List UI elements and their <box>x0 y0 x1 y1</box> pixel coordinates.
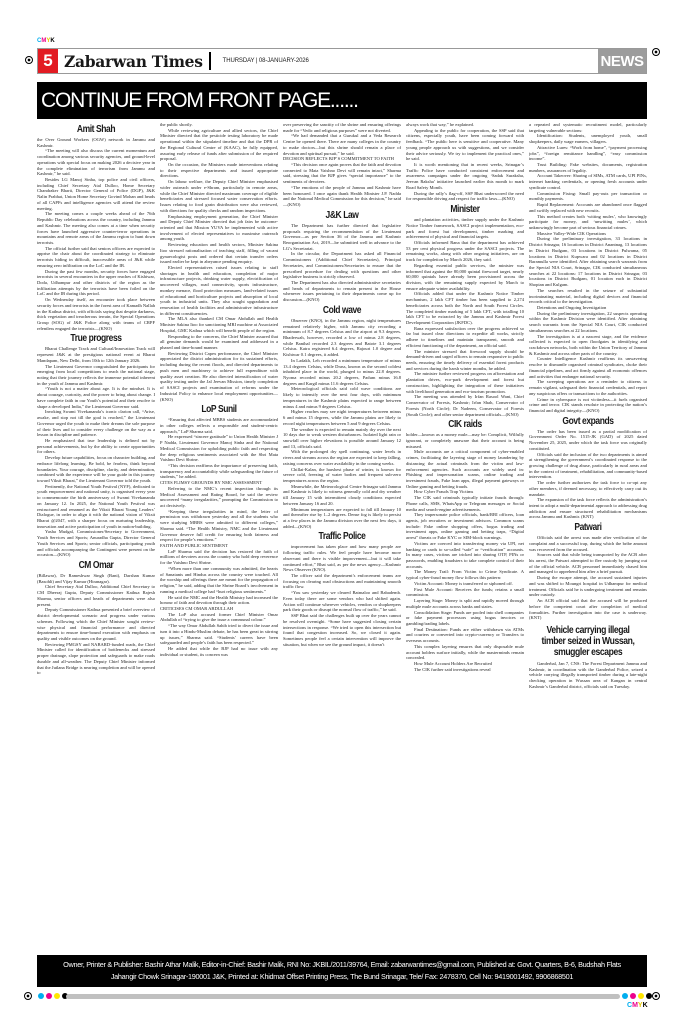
article-paragraph: the Over Ground Workers (OGW) network in… <box>37 137 155 148</box>
article-paragraph: Rana expressed satisfaction over the pro… <box>406 326 524 349</box>
article-paragraph: The CIK said criminals typically initiat… <box>406 495 524 512</box>
article-paragraph: The searches resulted in the seizure of … <box>529 288 647 305</box>
column-1: Amit Shahthe Over Ground Workers (OGW) n… <box>37 122 155 942</box>
column-3: over preserving the sanctity of the shri… <box>283 122 401 942</box>
article-paragraph: It is worth mentioning that in recent we… <box>406 162 524 191</box>
article-paragraph: Counter Intelligence Kashmir reaffirms i… <box>529 356 647 379</box>
article-paragraph: “We had demanded that a Gurukul and a Ve… <box>283 133 401 156</box>
article-headline: Vehicle carrying illegal timber seized i… <box>540 625 637 658</box>
article-paragraph: and plantation activities, timber supply… <box>406 217 524 240</box>
section-tag: NEWS <box>598 49 646 73</box>
article-paragraph: “Youth is not a matter about age. It is … <box>37 386 155 409</box>
article-paragraph: Meteorological officials said cold wave … <box>283 386 401 409</box>
article-headline: Traffic Police <box>292 531 392 543</box>
article-paragraph: They impersonate police officials, bank/… <box>406 512 524 541</box>
article-paragraph: With the prolonged dry spell continuing,… <box>283 449 401 466</box>
masthead: 5 Zabarwan Times THURSDAY | 08-JANUARY-2… <box>37 48 647 74</box>
article-paragraph: Identification: Students, unemployed you… <box>529 133 647 144</box>
article-headline: Govt expands <box>538 416 638 428</box>
cmyk-k: K <box>643 1002 648 1009</box>
article-paragraph: Higher reaches may see night temperature… <box>283 409 401 426</box>
article-headline: Amit Shah <box>46 124 146 136</box>
article-paragraph: In Ladakh, Leh recorded a minimum temper… <box>283 358 401 387</box>
article-paragraph: Minimum temperatures are expected to fal… <box>283 507 401 530</box>
registration-mark-icon <box>25 56 33 64</box>
article-paragraph: The LoP also accused former Chief Minist… <box>160 612 278 623</box>
article-paragraph: Victim Account: Money is transferred or … <box>406 581 524 587</box>
article-paragraph: The Department has further directed that… <box>283 223 401 252</box>
article-paragraph: Chief Secretary Atal Dulloo, Additional … <box>37 584 155 607</box>
article-paragraph: This method creates both ‘witting mules’… <box>529 214 647 231</box>
article-paragraph: improvement has taken place and how many… <box>283 544 401 573</box>
magenta-dot <box>630 993 636 999</box>
article-headline: J&K Law <box>292 210 392 222</box>
page-number: 5 <box>38 49 58 73</box>
article-paragraph: The weather is expected to remain mainly… <box>283 427 401 450</box>
article-paragraph: LoP Sharma said the decision has restore… <box>160 549 278 566</box>
article-paragraph: “You saw yesterday we cleared Batmaloo a… <box>283 590 401 613</box>
article-paragraph: “When more than one community was admitt… <box>160 566 278 595</box>
article-paragraph: over preserving the sanctity of the shri… <box>283 122 401 133</box>
cmyk-label-top: CMYK <box>37 38 55 44</box>
article-paragraph: Regarding essential public services, the… <box>406 263 524 292</box>
article-paragraph: Meanwhile, the Meteorological Centre Sri… <box>283 484 401 507</box>
article-paragraph: Develop future capabilities, focus on ch… <box>37 455 155 484</box>
yellow-dot <box>54 993 60 999</box>
article-paragraph: The officer said the department’s enforc… <box>283 573 401 590</box>
article-paragraph: “The way Omar Abdullah Sahib tried to di… <box>160 623 278 646</box>
article-paragraph: Consolidation Stage: Funds are pooled in… <box>406 610 524 627</box>
article-headline: LoP Sunil <box>169 404 269 416</box>
article-paragraph: Reviewing PMGSY and NABARD-funded roads,… <box>37 642 155 676</box>
article-paragraph: The sweeping operations are a reminder t… <box>529 379 647 396</box>
article-paragraph: On Wednesday itself, an encounter took p… <box>37 297 155 331</box>
magenta-dot <box>46 993 52 999</box>
article-paragraph: Deputy Commissioner Kathua presented a b… <box>37 607 155 641</box>
article-paragraph: Crime in cyberspace is not victimless—it… <box>529 397 647 414</box>
article-paragraph: The Department has also directed adminis… <box>283 280 401 303</box>
article-paragraph: Sources said that while being transporte… <box>529 552 647 575</box>
color-calibration-dots-right <box>622 993 652 999</box>
article-paragraph: Reviewing education and health sectors, … <box>160 242 278 265</box>
article-paragraph: Elected representatives raised issues re… <box>160 265 278 316</box>
article-headline: Minister <box>415 204 515 216</box>
article-headline: True progress <box>46 333 146 345</box>
article-paragraph: The order further authorizes the task fo… <box>529 480 647 497</box>
article-paragraph: The Lieutenant Governor congratulated th… <box>37 364 155 387</box>
article-paragraph: He expressed “sincere gratitude” to Unio… <box>160 434 278 463</box>
cyan-dot <box>622 993 628 999</box>
article-paragraph: Officials added that under the Kashmir N… <box>406 291 524 325</box>
article-paragraph: The MLA also thanked CM Omar Abdullah an… <box>160 316 278 333</box>
article-paragraph: “The meeting will also discuss the curre… <box>37 148 155 177</box>
article-paragraph: Victims are coerced into transferring mo… <box>406 541 524 570</box>
article-paragraph: Commission Fixing: Small pay-outs per tr… <box>529 191 647 202</box>
article-paragraph: Account Takeover: Sharing of SIMs, ATM c… <box>529 173 647 190</box>
article-paragraph: Appealing to the public for cooperation,… <box>406 128 524 162</box>
column-4: always work that way,” he explained.Appe… <box>406 122 524 942</box>
article-paragraph: He emphasized that true leadership is de… <box>37 438 155 455</box>
cyan-dot <box>38 993 44 999</box>
paper-name: Zabarwan Times <box>58 52 211 70</box>
article-paragraph: The meeting was attended by Irfan Rasool… <box>406 394 524 417</box>
grey-calibration-bar <box>66 994 620 999</box>
article-paragraph: Attractive Lures: “Work from home”, “pay… <box>529 145 647 162</box>
article-paragraph: Besides LG Manoj Sinha, top police and c… <box>37 177 155 211</box>
column-5: a repeated and systematic recruitment mo… <box>529 122 647 942</box>
article-headline: Cold wave <box>292 305 392 317</box>
article-paragraph: He added that while the BJP had no issue… <box>160 646 278 657</box>
article-paragraph: CITES FLIMSY GROUNDS BY NMC ASSESSMENT <box>160 480 278 486</box>
article-paragraph: Yasha Mudgal, Commissioner/Secretary to … <box>37 529 155 558</box>
article-paragraph: Referring to the NMC’s recent inspection… <box>160 486 278 509</box>
article-paragraph: He said the NMC and the Health Ministry … <box>160 595 278 606</box>
article-paragraph: On the occasion, the Ministers made inte… <box>160 162 278 179</box>
article-paragraph: During the escape attempt, the accused s… <box>529 575 647 598</box>
article-headline: Patwari <box>538 522 638 534</box>
yellow-dot <box>638 993 644 999</box>
article-paragraph: During the preliminary investigation, 33… <box>529 236 647 287</box>
article-paragraph: The investigation is at a nascent stage,… <box>529 334 647 357</box>
article-paragraph: On labour welfare, the Deputy Chief Mini… <box>160 179 278 213</box>
registration-mark-icon <box>652 992 660 1000</box>
article-paragraph: Responding to the concerns, the Chief Mi… <box>160 334 278 351</box>
article-paragraph: This complex layering ensures that only … <box>406 644 524 661</box>
article-paragraph: “The emotions of the people of Jammu and… <box>283 185 401 208</box>
registration-mark-icon <box>24 992 32 1000</box>
article-paragraph: Layering Stage: Money is split and rapid… <box>406 598 524 609</box>
article-paragraph: Officials said the arrest was made after… <box>529 535 647 552</box>
cmyk-k: K <box>50 38 54 44</box>
article-paragraph: “Keeping these irregularities in mind, t… <box>160 509 278 543</box>
article-paragraph: The Money Trail: From Victim to Crime Sy… <box>406 569 524 580</box>
imprint-line-1: Owner, Printer & Publisher: Bashir Athar… <box>37 959 647 971</box>
color-calibration-dots-left <box>38 993 68 999</box>
article-columns: Amit Shahthe Over Ground Workers (OGW) n… <box>37 122 647 942</box>
article-paragraph: The expansion of the task force reflects… <box>529 497 647 520</box>
article-paragraph: holder—known as a money mule—may be: Com… <box>406 432 524 449</box>
article-headline: CIK raids <box>415 419 515 431</box>
registration-mark-icon <box>652 48 660 56</box>
article-paragraph: Pertinently, the National Youth Festival… <box>37 484 155 530</box>
article-paragraph: An ACB official said that the accused wi… <box>529 598 647 621</box>
article-paragraph: “This decision reaffirms the importance … <box>160 463 278 480</box>
article-paragraph: a repeated and systematic recruitment mo… <box>529 122 647 133</box>
article-paragraph: While reviewing agriculture and allied s… <box>160 128 278 162</box>
imprint-line-2: Jahangir Chowk Srinagar-190001 J&K, Prin… <box>37 971 647 983</box>
article-paragraph: Trust Building: Fake websites, documents… <box>529 162 647 173</box>
article-paragraph: “Ensuring that affected MBBS students ar… <box>160 417 278 434</box>
article-paragraph: The CIK further said investigations reve… <box>406 667 524 673</box>
article-paragraph: The official further said that seniors o… <box>37 246 155 269</box>
article-headline: CM Omar <box>46 560 146 572</box>
article-paragraph: Final Destination: Funds are either with… <box>406 627 524 644</box>
issue-date: THURSDAY | 08-JANUARY-2026 <box>211 49 598 73</box>
article-paragraph: (Billawar), Dr Rameshwar Singh (Bani), D… <box>37 573 155 584</box>
article-paragraph: First Mule Account: Receives the funds; … <box>406 587 524 598</box>
article-paragraph: Rapid Replacement: Accounts are abandone… <box>529 202 647 213</box>
article-paragraph: “This decision once again proves that th… <box>283 162 401 185</box>
article-paragraph: Chillai-Kalan, the harshest phase of win… <box>283 467 401 484</box>
article-paragraph: Ganderbal, Jan 7, CNS: The Forest Depart… <box>529 661 647 690</box>
article-paragraph: Observer (KNO), in the Jammu region, nig… <box>283 318 401 358</box>
page-banner: CONTINUE FROM FRONT PAGE...... <box>37 82 647 119</box>
article-paragraph: Officials said the inclusion of the two … <box>529 452 647 481</box>
article-paragraph: The minister stressed that firewood supp… <box>406 349 524 372</box>
article-paragraph: During the preliminary investigation, 22… <box>529 311 647 334</box>
article-paragraph: Officials informed Rana that the departm… <box>406 240 524 263</box>
article-paragraph: Reviewing District Capex performance, th… <box>160 351 278 402</box>
article-paragraph: During the rally’s flag-off, SSP Bhat un… <box>406 191 524 202</box>
article-paragraph: Bharat Challenge Track and Cultural/Inno… <box>37 346 155 363</box>
article-paragraph: Emphasising employment generation, the C… <box>160 214 278 243</box>
cmyk-label-bottom: CMYK <box>627 1002 648 1009</box>
imprint-footer: Owner, Printer & Publisher: Bashir Athar… <box>37 955 647 987</box>
article-paragraph: During the past few months, security for… <box>37 269 155 298</box>
article-paragraph: In the circular, the Department has aske… <box>283 251 401 280</box>
article-paragraph: SSP Bhat said the challenges built up ov… <box>283 613 401 647</box>
article-paragraph: The order has been issued as a partial m… <box>529 429 647 452</box>
column-2: the public shortly.While reviewing agric… <box>160 122 278 942</box>
article-paragraph: The meeting comes a couple weeks ahead o… <box>37 211 155 245</box>
article-paragraph: Invoking Swami Vivekananda’s iconic clar… <box>37 409 155 438</box>
article-paragraph: The minister further reviewed progress o… <box>406 371 524 394</box>
article-paragraph: Mule accounts are a critical component o… <box>406 449 524 489</box>
